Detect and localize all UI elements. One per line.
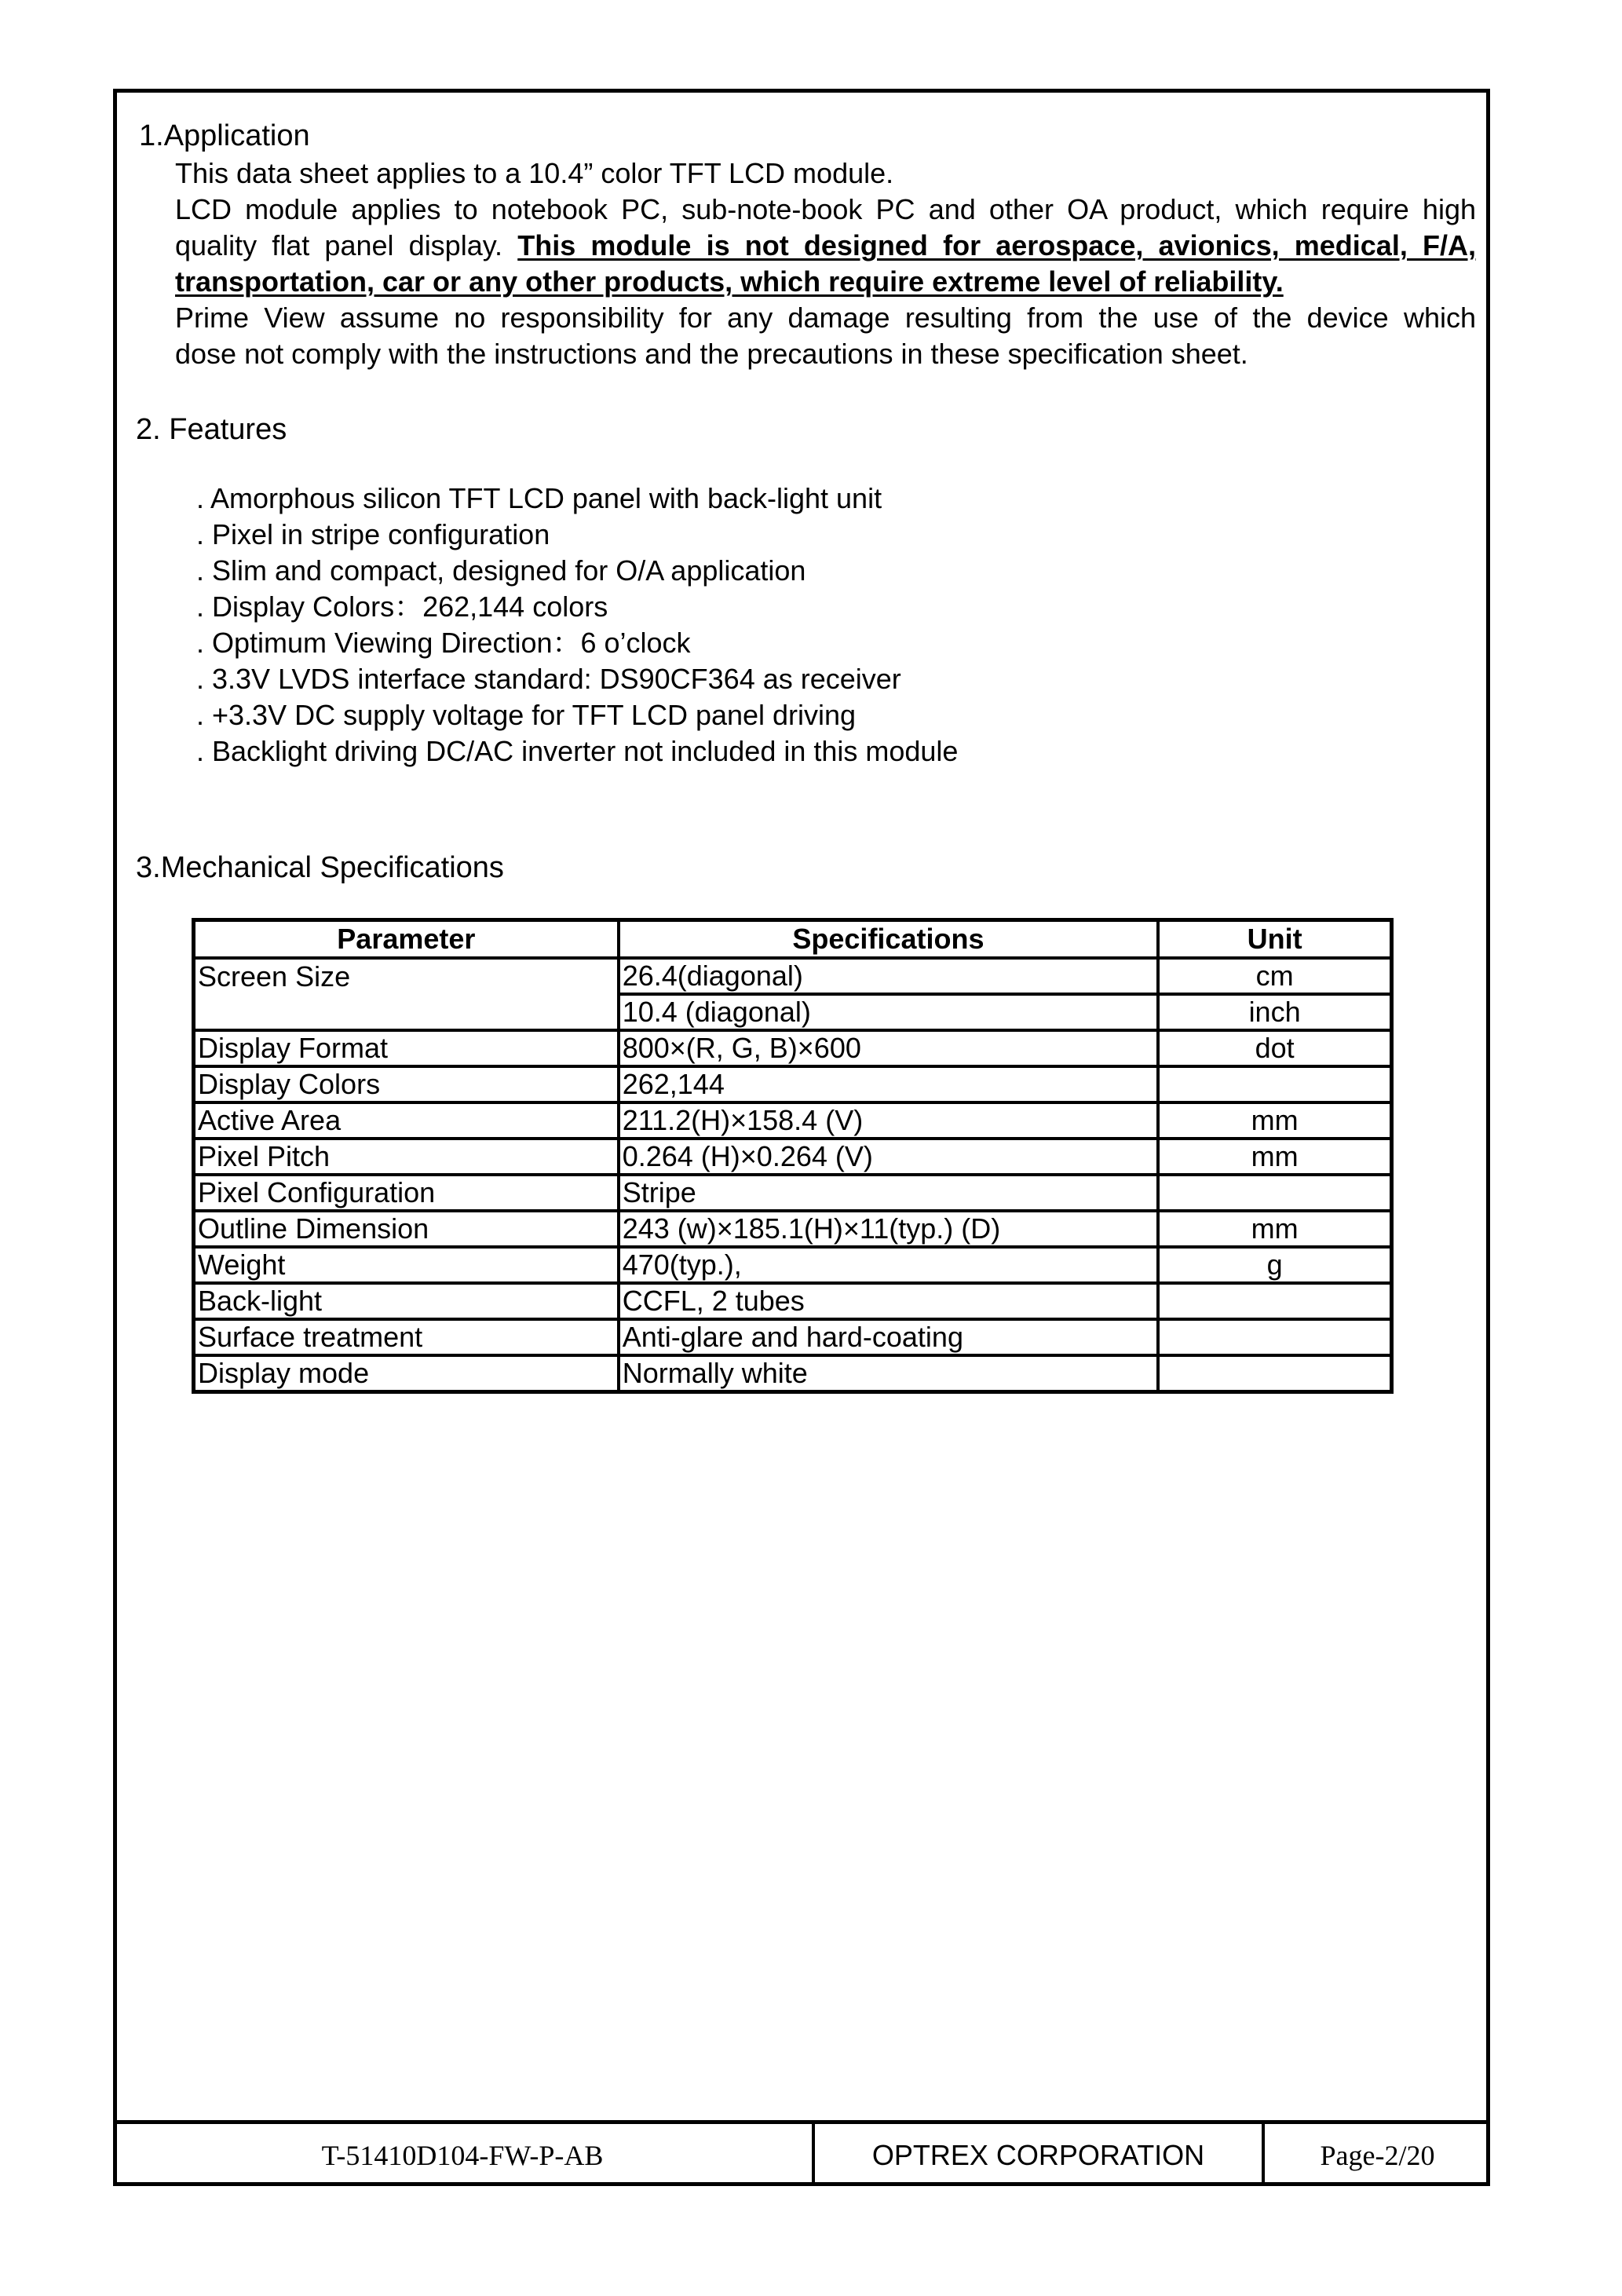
table-row: Display Format800×(R, G, B)×600dot xyxy=(194,1030,1392,1066)
cell-specification: 470(typ.), xyxy=(619,1247,1158,1283)
cell-unit: cm xyxy=(1158,958,1391,994)
cell-unit: mm xyxy=(1158,1211,1391,1247)
cell-parameter: Back-light xyxy=(194,1283,619,1319)
cell-specification: 262,144 xyxy=(619,1066,1158,1102)
cell-specification: Anti-glare and hard-coating xyxy=(619,1319,1158,1355)
section-heading-mechanical: 3.Mechanical Specifications xyxy=(136,850,504,886)
warning-text-2: transportation, car or any other product… xyxy=(175,265,1284,298)
feature-item: . Amorphous silicon TFT LCD panel with b… xyxy=(196,481,958,517)
table-row: Pixel Pitch0.264 (H)×0.264 (V)mm xyxy=(194,1139,1392,1175)
feature-item: . Backlight driving DC/AC inverter not i… xyxy=(196,733,958,770)
cell-specification: CCFL, 2 tubes xyxy=(619,1283,1158,1319)
feature-item: . Slim and compact, designed for O/A app… xyxy=(196,553,958,589)
cell-parameter: Outline Dimension xyxy=(194,1211,619,1247)
cell-unit xyxy=(1158,1283,1391,1319)
page-footer: T-51410D104-FW-P-AB OPTREX CORPORATION P… xyxy=(113,2120,1490,2186)
application-line-4: transportation, car or any other product… xyxy=(175,264,1476,300)
table-row: Active Area211.2(H)×158.4 (V)mm xyxy=(194,1102,1392,1139)
cell-parameter: Screen Size xyxy=(194,958,619,994)
cell-specification: 0.264 (H)×0.264 (V) xyxy=(619,1139,1158,1175)
feature-item: . +3.3V DC supply voltage for TFT LCD pa… xyxy=(196,697,958,733)
application-line-3: quality flat panel display. This module … xyxy=(175,228,1476,264)
feature-item: . Pixel in stripe configuration xyxy=(196,517,958,553)
application-line-5: Prime View assume no responsibility for … xyxy=(175,300,1476,336)
cell-unit: dot xyxy=(1158,1030,1391,1066)
warning-text-1: This module is not designed for aerospac… xyxy=(517,229,1476,261)
cell-specification: 10.4 (diagonal) xyxy=(619,994,1158,1030)
application-line-1: This data sheet applies to a 10.4” color… xyxy=(175,155,1476,192)
cell-unit: inch xyxy=(1158,994,1391,1030)
cell-unit: mm xyxy=(1158,1139,1391,1175)
cell-specification: 211.2(H)×158.4 (V) xyxy=(619,1102,1158,1139)
table-row: Pixel ConfigurationStripe xyxy=(194,1175,1392,1211)
table-row: Display modeNormally white xyxy=(194,1355,1392,1392)
table-header-row: Parameter Specifications Unit xyxy=(194,920,1392,959)
feature-item: . Display Colors：262,144 colors xyxy=(196,589,958,625)
mechanical-spec-table: Parameter Specifications Unit Screen Siz… xyxy=(192,918,1394,1394)
cell-specification: 243 (w)×185.1(H)×11(typ.) (D) xyxy=(619,1211,1158,1247)
header-parameter: Parameter xyxy=(194,920,619,959)
cell-parameter: Active Area xyxy=(194,1102,619,1139)
header-unit: Unit xyxy=(1158,920,1391,959)
cell-unit xyxy=(1158,1319,1391,1355)
cell-parameter: Weight xyxy=(194,1247,619,1283)
application-line-6: dose not comply with the instructions an… xyxy=(175,336,1476,372)
cell-unit: g xyxy=(1158,1247,1391,1283)
features-list: . Amorphous silicon TFT LCD panel with b… xyxy=(196,481,958,770)
cell-specification: Stripe xyxy=(619,1175,1158,1211)
table-row: Screen Size26.4(diagonal)cm xyxy=(194,958,1392,994)
application-body: This data sheet applies to a 10.4” color… xyxy=(175,155,1476,372)
cell-specification: Normally white xyxy=(619,1355,1158,1392)
cell-unit xyxy=(1158,1066,1391,1102)
cell-parameter: Pixel Configuration xyxy=(194,1175,619,1211)
table-row: Display Colors262,144 xyxy=(194,1066,1392,1102)
application-line-2: LCD module applies to notebook PC, sub-n… xyxy=(175,192,1476,228)
table-row: Surface treatmentAnti-glare and hard-coa… xyxy=(194,1319,1392,1355)
cell-specification: 26.4(diagonal) xyxy=(619,958,1158,994)
cell-parameter xyxy=(194,994,619,1030)
footer-page-number: Page-2/20 xyxy=(1265,2124,1490,2186)
footer-company: OPTREX CORPORATION xyxy=(815,2124,1265,2186)
cell-parameter: Surface treatment xyxy=(194,1319,619,1355)
footer-doc-number: T-51410D104-FW-P-AB xyxy=(113,2124,815,2186)
section-heading-application: 1.Application xyxy=(139,118,310,154)
application-line-3-text: quality flat panel display. xyxy=(175,229,517,261)
table-row: Outline Dimension243 (w)×185.1(H)×11(typ… xyxy=(194,1211,1392,1247)
feature-item: . 3.3V LVDS interface standard: DS90CF36… xyxy=(196,661,958,697)
cell-specification: 800×(R, G, B)×600 xyxy=(619,1030,1158,1066)
feature-item: . Optimum Viewing Direction：6 o’clock xyxy=(196,625,958,661)
cell-parameter: Display mode xyxy=(194,1355,619,1392)
cell-parameter: Pixel Pitch xyxy=(194,1139,619,1175)
cell-parameter: Display Format xyxy=(194,1030,619,1066)
table-row: Back-lightCCFL, 2 tubes xyxy=(194,1283,1392,1319)
table-row: Weight470(typ.),g xyxy=(194,1247,1392,1283)
section-heading-features: 2. Features xyxy=(136,411,287,448)
cell-unit xyxy=(1158,1355,1391,1392)
table-row: 10.4 (diagonal)inch xyxy=(194,994,1392,1030)
cell-unit: mm xyxy=(1158,1102,1391,1139)
cell-unit xyxy=(1158,1175,1391,1211)
cell-parameter: Display Colors xyxy=(194,1066,619,1102)
header-specifications: Specifications xyxy=(619,920,1158,959)
